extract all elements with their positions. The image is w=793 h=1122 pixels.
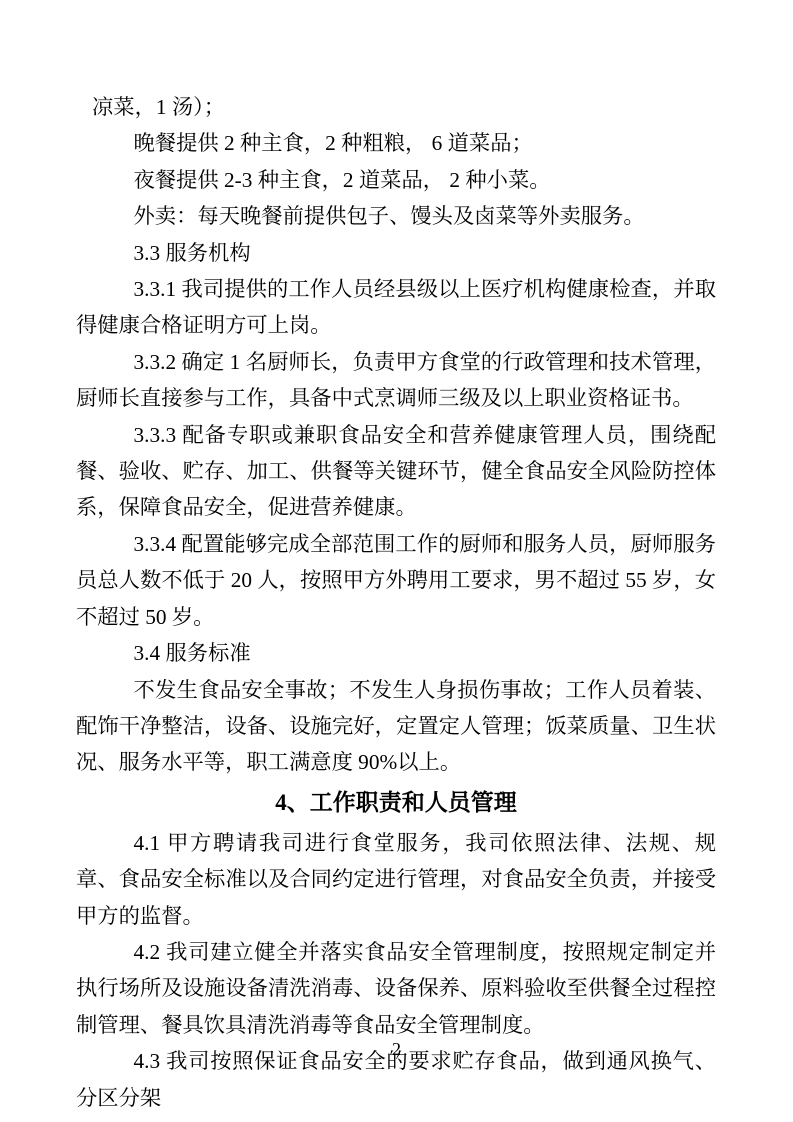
- paragraph: 4.1 甲方聘请我司进行食堂服务，我司依照法律、法规、规章、食品安全标准以及合同…: [76, 825, 716, 934]
- document-content: 凉菜，1 汤）；晚餐提供 2 种主食，2 种粗粮， 6 道菜品；夜餐提供 2-3…: [76, 89, 716, 1116]
- paragraph: 不发生食品安全事故；不发生人身损伤事故；工作人员着装、配饰干净整洁，设备、设施完…: [76, 672, 716, 781]
- document-page: 凉菜，1 汤）；晚餐提供 2 种主食，2 种粗粮， 6 道菜品；夜餐提供 2-3…: [0, 0, 793, 1122]
- paragraph: 4.2 我司建立健全并落实食品安全管理制度，按照规定制定并执行场所及设施设备清洗…: [76, 934, 716, 1043]
- paragraph: 夜餐提供 2-3 种主食，2 道菜品， 2 种小菜。: [76, 162, 716, 198]
- section-heading: 4、工作职责和人员管理: [76, 781, 716, 825]
- paragraph: 外卖：每天晚餐前提供包子、馒头及卤菜等外卖服务。: [76, 198, 716, 234]
- paragraph: 晚餐提供 2 种主食，2 种粗粮， 6 道菜品；: [76, 125, 716, 161]
- paragraph: 3.4 服务标准: [76, 635, 716, 671]
- page-number: 2: [0, 1038, 793, 1060]
- paragraph: 3.3 服务机构: [76, 235, 716, 271]
- paragraph: 3.3.4 配置能够完成全部范围工作的厨师和服务人员，厨师服务员总人数不低于 2…: [76, 526, 716, 635]
- paragraph: 3.3.3 配备专职或兼职食品安全和营养健康管理人员，围绕配餐、验收、贮存、加工…: [76, 417, 716, 526]
- paragraph: 3.3.1 我司提供的工作人员经县级以上医疗机构健康检查，并取得健康合格证明方可…: [76, 271, 716, 344]
- paragraph: 凉菜，1 汤）；: [76, 89, 716, 125]
- paragraph: 3.3.2 确定 1 名厨师长，负责甲方食堂的行政管理和技术管理，厨师长直接参与…: [76, 344, 716, 417]
